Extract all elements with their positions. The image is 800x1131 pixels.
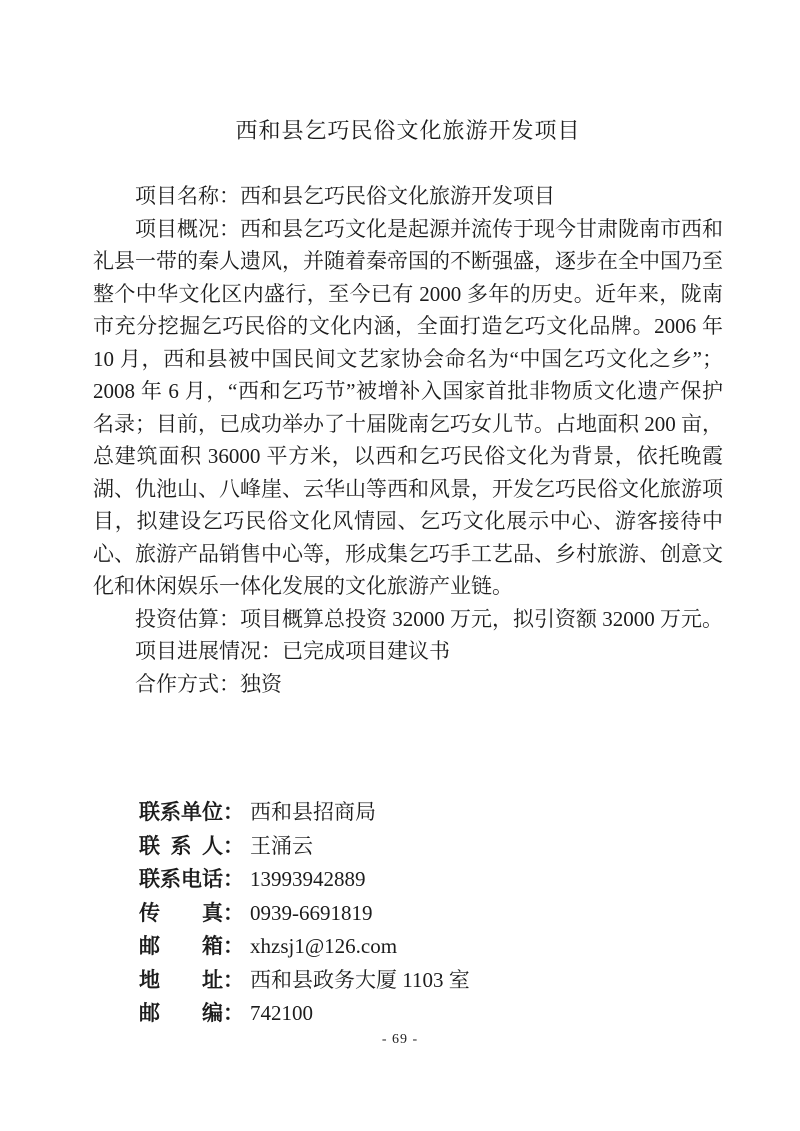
contact-row-postcode: 邮编：742100 <box>139 997 470 1031</box>
contact-colon: ： <box>223 834 244 858</box>
contact-row-phone: 联系电话：13993942889 <box>139 863 470 897</box>
page-number: - 69 - <box>0 1032 800 1048</box>
contact-row-email: 邮箱：xhzsj1@126.com <box>139 930 470 964</box>
document-title: 西和县乞巧民俗文化旅游开发项目 <box>93 114 723 145</box>
contact-label: 邮编 <box>139 997 223 1031</box>
contact-row-unit: 联系单位：西和县招商局 <box>139 796 470 830</box>
contact-value: 西和县招商局 <box>250 800 376 824</box>
contact-value: 13993942889 <box>250 867 366 891</box>
document-body: 项目名称：西和县乞巧民俗文化旅游开发项目 项目概况：西和县乞巧文化是起源并流传于… <box>93 180 723 700</box>
contact-label: 联系单位 <box>139 796 223 830</box>
contact-colon: ： <box>223 968 244 992</box>
investment-estimate-paragraph: 投资估算：项目概算总投资 32000 万元，拟引资额 32000 万元。 <box>93 603 723 636</box>
contact-row-fax: 传真：0939-6691819 <box>139 897 470 931</box>
contact-colon: ： <box>223 901 244 925</box>
contact-row-address: 地址：西和县政务大厦 1103 室 <box>139 964 470 998</box>
document-page: 西和县乞巧民俗文化旅游开发项目 项目名称：西和县乞巧民俗文化旅游开发项目 项目概… <box>0 0 800 1131</box>
contact-row-person: 联系人：王涌云 <box>139 830 470 864</box>
project-name-line: 项目名称：西和县乞巧民俗文化旅游开发项目 <box>93 180 723 213</box>
contact-value: 742100 <box>250 1001 313 1025</box>
contact-info-block: 联系单位：西和县招商局 联系人：王涌云 联系电话：13993942889 传真：… <box>139 796 470 1031</box>
contact-value: 王涌云 <box>250 834 313 858</box>
contact-label: 联系电话 <box>139 863 223 897</box>
contact-colon: ： <box>223 867 244 891</box>
contact-colon: ： <box>223 1001 244 1025</box>
contact-colon: ： <box>223 934 244 958</box>
project-progress-line: 项目进展情况：已完成项目建议书 <box>93 635 723 668</box>
contact-value: 0939-6691819 <box>250 901 373 925</box>
contact-value: 西和县政务大厦 1103 室 <box>250 968 470 992</box>
project-overview-paragraph: 项目概况：西和县乞巧文化是起源并流传于现今甘肃陇南市西和礼县一带的秦人遗风，并随… <box>93 213 723 603</box>
contact-label: 地址 <box>139 964 223 998</box>
contact-value: xhzsj1@126.com <box>250 934 397 958</box>
contact-label: 传真 <box>139 897 223 931</box>
contact-colon: ： <box>223 800 244 824</box>
cooperation-mode-line: 合作方式：独资 <box>93 668 723 701</box>
contact-label: 邮箱 <box>139 930 223 964</box>
contact-label: 联系人 <box>139 830 223 864</box>
